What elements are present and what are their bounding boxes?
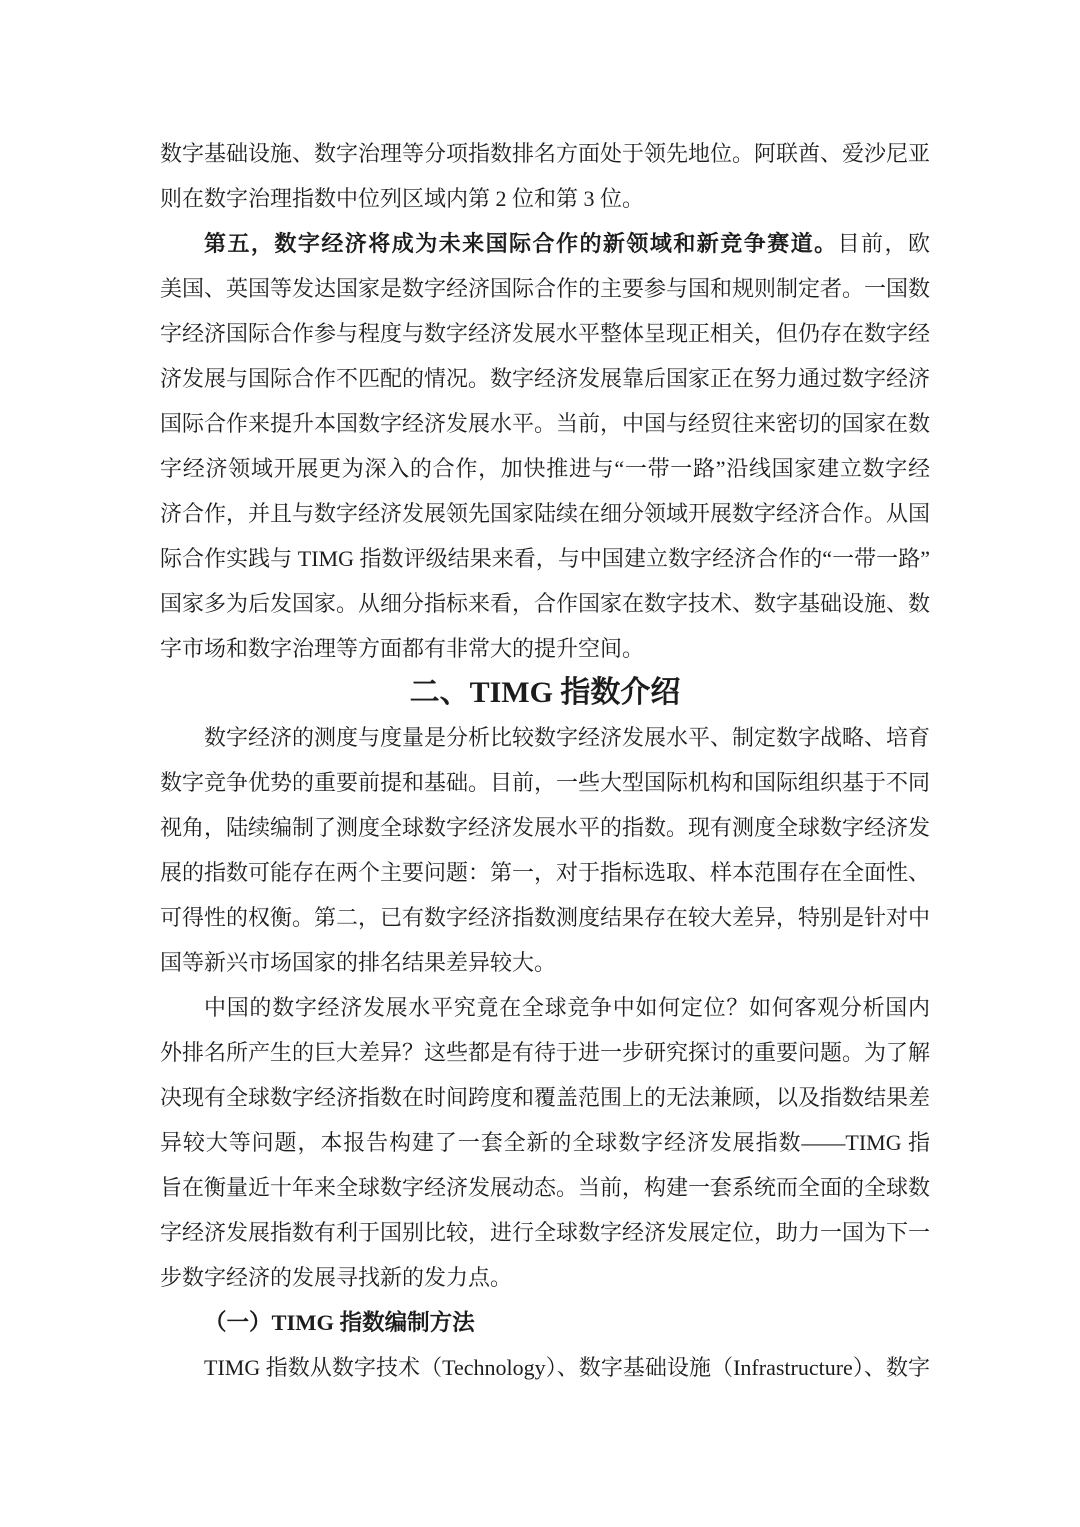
text-line: 字经济发展指数有利于国别比较，进行全球数字经济发展定位，助力一国为下一 [160,1210,930,1255]
text-run: 字市场和数字治理等方面都有非常大的提升空间。 [160,636,644,661]
text-run: 国等新兴市场国家的排名结果差异较大。 [160,950,556,975]
paragraph-measurement: 数字经济的测度与度量是分析比较数字经济发展水平、制定数字战略、培育数字竞争优势的… [160,715,930,985]
text-run: 字经济国际合作参与程度与数字经济发展水平整体呈现正相关，但仍存在数字经 [160,321,930,346]
text-run: 异较大等问题，本报告构建了一套全新的全球数字经济发展指数——TIMG 指数， [160,1130,930,1165]
text-line: 字经济领域开展更为深入的合作，加快推进与“一带一路”沿线国家建立数字经 [160,446,930,491]
text-run: 字经济发展指数有利于国别比较，进行全球数字经济发展定位，助力一国为下一 [160,1220,930,1245]
document-page: 数字基础设施、数字治理等分项指数排名方面处于领先地位。阿联酋、爱沙尼亚则在数字治… [0,0,1080,1527]
bold-text-run: 第五，数字经济将成为未来国际合作的新领域和新竞争赛道。 [204,231,838,256]
text-line: 旨在衡量近十年来全球数字经济发展动态。当前，构建一套系统而全面的全球数 [160,1165,930,1210]
text-line: 济合作，并且与数字经济发展领先国家陆续在细分领域开展数字经济合作。从国 [160,491,930,536]
paragraph-china-position: 中国的数字经济发展水平究竟在全球竞争中如何定位？如何客观分析国内外排名所产生的巨… [160,985,930,1300]
text-run: 字经济领域开展更为深入的合作，加快推进与“一带一路”沿线国家建立数字经 [160,456,930,481]
text-run: 旨在衡量近十年来全球数字经济发展动态。当前，构建一套系统而全面的全球数 [160,1175,930,1200]
paragraph-fifth-point: 第五，数字经济将成为未来国际合作的新领域和新竞争赛道。目前，欧盟、美国、英国等发… [160,221,930,671]
text-line: 数字基础设施、数字治理等分项指数排名方面处于领先地位。阿联酋、爱沙尼亚 [160,131,930,176]
text-run: 则在数字治理指数中位列区域内第 2 位和第 3 位。 [160,186,644,211]
text-line: 则在数字治理指数中位列区域内第 2 位和第 3 位。 [160,176,930,221]
text-run: 视角，陆续编制了测度全球数字经济发展水平的指数。现有测度全球数字经济发 [160,815,930,840]
text-run: 际合作实践与 TIMG 指数评级结果来看，与中国建立数字经济合作的“一带一路” [160,546,930,571]
text-run: 数字竞争优势的重要前提和基础。目前，一些大型国际机构和国际组织基于不同 [160,770,930,795]
text-run: 可得性的权衡。第二，已有数字经济指数测度结果存在较大差异，特别是针对中 [160,905,930,930]
section-heading: 二、TIMG 指数介绍 [160,671,930,715]
text-line: 第五，数字经济将成为未来国际合作的新领域和新竞争赛道。目前，欧盟、 [160,221,930,266]
text-line: 可得性的权衡。第二，已有数字经济指数测度结果存在较大差异，特别是针对中 [160,895,930,940]
text-line: 数字经济的测度与度量是分析比较数字经济发展水平、制定数字战略、培育 [160,715,930,760]
text-line: 济发展与国际合作不匹配的情况。数字经济发展靠后国家正在努力通过数字经济 [160,356,930,401]
text-run: 数字经济的测度与度量是分析比较数字经济发展水平、制定数字战略、培育 [204,725,930,750]
text-line: 国家多为后发国家。从细分指标来看，合作国家在数字技术、数字基础设施、数 [160,581,930,626]
text-run: 外排名所产生的巨大差异？这些都是有待于进一步研究探讨的重要问题。为了解 [160,1040,930,1065]
text-run: 展的指数可能存在两个主要问题：第一，对于指标选取、样本范围存在全面性、 [160,860,930,885]
text-run: 美国、英国等发达国家是数字经济国际合作的主要参与国和规则制定者。一国数 [160,276,930,301]
text-run: 中国的数字经济发展水平究竟在全球竞争中如何定位？如何客观分析国内 [204,995,930,1020]
text-line: 中国的数字经济发展水平究竟在全球竞争中如何定位？如何客观分析国内 [160,985,930,1030]
text-run: TIMG 指数从数字技术（Technology）、数字基础设施（Infrastr… [204,1355,930,1380]
text-run: 数字基础设施、数字治理等分项指数排名方面处于领先地位。阿联酋、爱沙尼亚 [160,141,930,166]
text-line: 国等新兴市场国家的排名结果差异较大。 [160,940,930,985]
text-run: 步数字经济的发展寻找新的发力点。 [160,1265,512,1290]
text-line: TIMG 指数从数字技术（Technology）、数字基础设施（Infrastr… [160,1345,930,1390]
text-line: 步数字经济的发展寻找新的发力点。 [160,1255,930,1300]
subsection-heading: （一）TIMG 指数编制方法 [160,1300,930,1345]
text-line: 际合作实践与 TIMG 指数评级结果来看，与中国建立数字经济合作的“一带一路” [160,536,930,581]
text-line: 异较大等问题，本报告构建了一套全新的全球数字经济发展指数——TIMG 指数， [160,1120,930,1165]
paragraph-continuation: 数字基础设施、数字治理等分项指数排名方面处于领先地位。阿联酋、爱沙尼亚则在数字治… [160,131,930,221]
text-run: 国际合作来提升本国数字经济发展水平。当前，中国与经贸往来密切的国家在数 [160,411,930,436]
text-run: 国家多为后发国家。从细分指标来看，合作国家在数字技术、数字基础设施、数 [160,591,930,616]
text-line: 数字竞争优势的重要前提和基础。目前，一些大型国际机构和国际组织基于不同 [160,760,930,805]
text-line: 字市场和数字治理等方面都有非常大的提升空间。 [160,626,930,671]
text-line: 美国、英国等发达国家是数字经济国际合作的主要参与国和规则制定者。一国数 [160,266,930,311]
text-run: 济发展与国际合作不匹配的情况。数字经济发展靠后国家正在努力通过数字经济 [160,366,930,391]
text-line: 字经济国际合作参与程度与数字经济发展水平整体呈现正相关，但仍存在数字经 [160,311,930,356]
text-run: 决现有全球数字经济指数在时间跨度和覆盖范围上的无法兼顾，以及指数结果差 [160,1085,930,1110]
document-body: 数字基础设施、数字治理等分项指数排名方面处于领先地位。阿联酋、爱沙尼亚则在数字治… [0,0,1080,1390]
text-line: 视角，陆续编制了测度全球数字经济发展水平的指数。现有测度全球数字经济发 [160,805,930,850]
text-run: 济合作，并且与数字经济发展领先国家陆续在细分领域开展数字经济合作。从国 [160,501,930,526]
text-line: 决现有全球数字经济指数在时间跨度和覆盖范围上的无法兼顾，以及指数结果差 [160,1075,930,1120]
text-line: 外排名所产生的巨大差异？这些都是有待于进一步研究探讨的重要问题。为了解 [160,1030,930,1075]
text-line: 展的指数可能存在两个主要问题：第一，对于指标选取、样本范围存在全面性、 [160,850,930,895]
text-line: 国际合作来提升本国数字经济发展水平。当前，中国与经贸往来密切的国家在数 [160,401,930,446]
paragraph-timg-method: TIMG 指数从数字技术（Technology）、数字基础设施（Infrastr… [160,1345,930,1390]
